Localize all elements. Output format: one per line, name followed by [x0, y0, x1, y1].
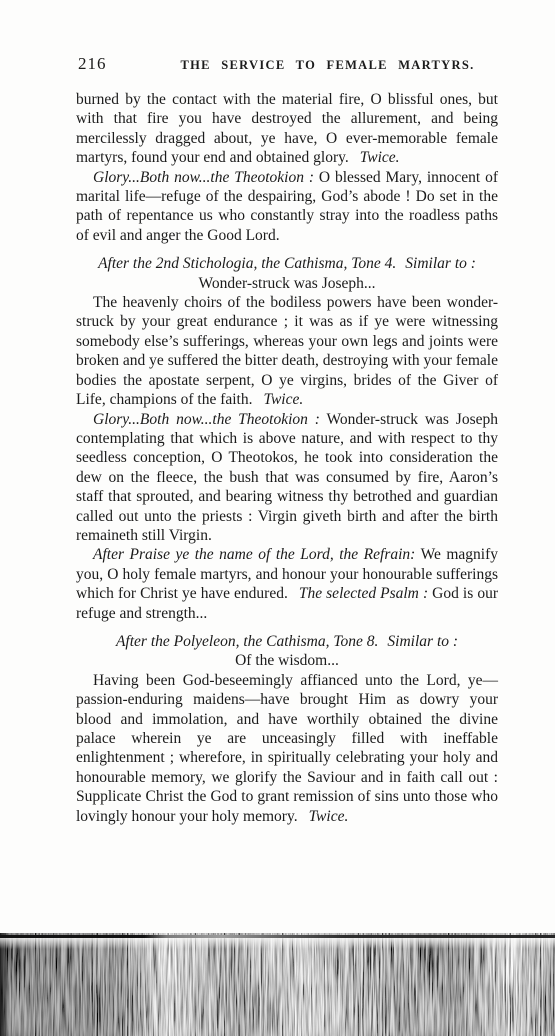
- scanned-book-page: 216 THE SERVICE TO FEMALE MARTYRS. burne…: [0, 0, 555, 1036]
- twice-marker: Twice.: [263, 391, 303, 408]
- page-header: 216 THE SERVICE TO FEMALE MARTYRS.: [78, 54, 497, 76]
- paragraph-heavenly-choirs: The heavenly choirs of the bodiless powe…: [76, 293, 498, 409]
- running-title: THE SERVICE TO FEMALE MARTYRS.: [158, 58, 497, 73]
- twice-marker: Twice.: [360, 149, 400, 166]
- paragraph-text: Having been God-beseemingly affianced un…: [76, 672, 498, 825]
- rubric-similar-to: Similar to :: [405, 255, 476, 272]
- hymn-model-line: Wonder-struck was Joseph...: [76, 274, 498, 293]
- italic-lead: After Praise ye the name of the Lord, th…: [93, 546, 415, 563]
- paragraph-after-praise-refrain: After Praise ye the name of the Lord, th…: [76, 545, 498, 623]
- italic-lead: Glory...Both now...the Theotokion :: [93, 411, 320, 428]
- paragraph-glory-theotokion-2: Glory...Both now...the Theotokion : Wond…: [76, 410, 498, 546]
- scan-edge-line: [0, 935, 555, 938]
- twice-marker: Twice.: [309, 808, 349, 825]
- rubric-similar-to: Similar to :: [387, 633, 458, 650]
- rubric-after-polyeleon: After the Polyeleon, the Cathisma, Tone …: [76, 632, 498, 651]
- rubric-after-2nd-stichologia: After the 2nd Stichologia, the Cathisma,…: [76, 254, 498, 273]
- paragraph-god-beseemingly: Having been God-beseemingly affianced un…: [76, 671, 498, 826]
- page-number: 216: [78, 54, 107, 74]
- rubric-text: After the 2nd Stichologia, the Cathisma,…: [98, 255, 396, 272]
- rubric-text: After the Polyeleon, the Cathisma, Tone …: [116, 633, 378, 650]
- paragraph-text: burned by the contact with the material …: [76, 91, 498, 166]
- text-body: burned by the contact with the material …: [76, 90, 498, 826]
- scan-noise-band: [0, 933, 555, 1036]
- italic-selected-psalm: The selected Psalm :: [299, 585, 428, 602]
- paragraph-continuation: burned by the contact with the material …: [76, 90, 498, 168]
- paragraph-text: Wonder-struck was Joseph contemplating t…: [76, 411, 498, 544]
- italic-lead: Glory...Both now...the Theotokion :: [93, 169, 314, 186]
- hymn-model-line: Of the wisdom...: [76, 651, 498, 670]
- paragraph-glory-theotokion-1: Glory...Both now...the Theotokion : O bl…: [76, 168, 498, 246]
